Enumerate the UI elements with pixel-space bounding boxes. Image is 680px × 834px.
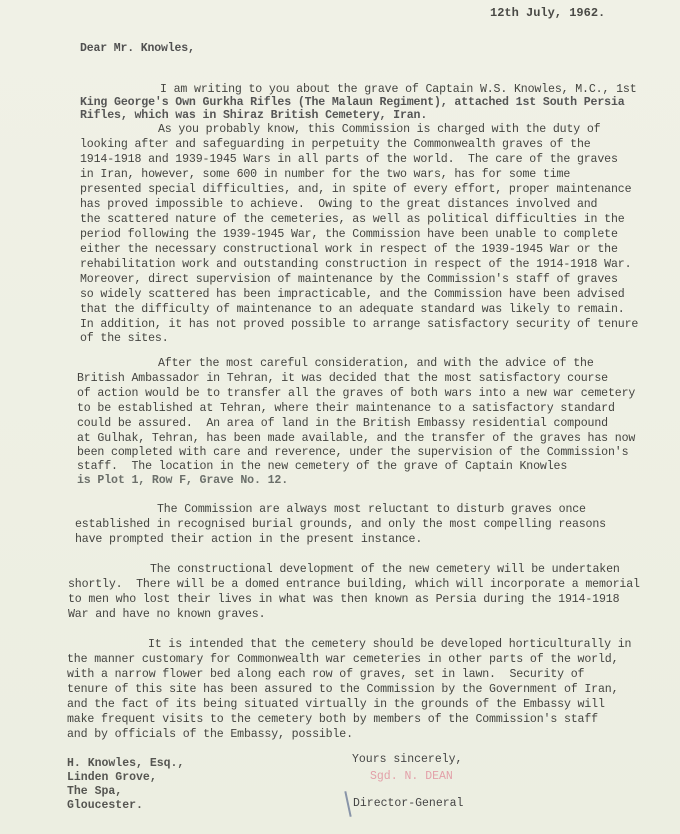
text-line: Moreover, direct supervision of maintena… (80, 272, 618, 287)
text-line: the manner customary for Commonwealth wa… (67, 652, 618, 667)
text-line: has proved impossible to achieve. Owing … (80, 197, 597, 212)
text-line: make frequent visits to the cemetery bot… (67, 712, 598, 727)
text-line: In addition, it has not proved possible … (80, 317, 638, 332)
text-line: period following the 1939-1945 War, the … (80, 227, 618, 242)
text-line: with a narrow flower bed along each row … (67, 667, 584, 682)
text-line: of the sites. (80, 331, 169, 346)
salutation: Dear Mr. Knowles, (80, 41, 195, 56)
text-line: in Iran, however, some 600 in number for… (80, 167, 570, 182)
address-line: The Spa, (67, 784, 122, 799)
text-line: As you probably know, this Commission is… (158, 122, 600, 137)
text-line: staff. The location in the new cemetery … (77, 459, 567, 474)
grave-location: is Plot 1, Row F, Grave No. 12. (77, 473, 288, 488)
text-line: British Ambassador in Tehran, it was dec… (77, 371, 608, 386)
closing: Yours sincerely, (352, 753, 462, 766)
text-line: to be established at Tehran, where their… (77, 401, 615, 416)
text-line: Rifles, which was in Shiraz British Ceme… (80, 108, 427, 123)
text-line: that the difficulty of maintenance to an… (80, 302, 625, 317)
text-line: to men who lost their lives in what was … (68, 592, 619, 607)
text-line: have prompted their action in the presen… (75, 532, 422, 547)
text-line: been completed with care and reverence, … (77, 445, 628, 460)
text-line: 1914-1918 and 1939-1945 Wars in all part… (80, 152, 618, 167)
text-line: The Commission are always most reluctant… (157, 502, 586, 517)
text-line: of action would be to transfer all the g… (77, 386, 635, 401)
text-line: looking after and safeguarding in perpet… (80, 137, 591, 152)
text-line: It is intended that the cemetery should … (148, 637, 631, 652)
text-line: established in recognised burial grounds… (75, 517, 606, 532)
text-line: so widely scattered has been impracticab… (80, 287, 625, 302)
pen-mark (344, 791, 351, 817)
text-line: The constructional development of the ne… (150, 562, 620, 577)
letter-page: 12th July, 1962. Dear Mr. Knowles, I am … (0, 0, 680, 834)
text-line: either the necessary constructional work… (80, 242, 618, 257)
text-line: tenure of this site has been assured to … (67, 682, 618, 697)
text-line: and by officials of the Embassy, possibl… (67, 727, 353, 742)
text-line: and the fact of its being situated virtu… (67, 697, 605, 712)
text-line: War and have no known graves. (68, 607, 265, 622)
signatory-title: Director-General (353, 797, 463, 810)
signature-stamp: Sgd. N. DEAN (370, 770, 453, 783)
address-line: Linden Grove, (67, 770, 157, 785)
address-line: Gloucester. (67, 798, 143, 813)
text-line: rehabilitation work and outstanding cons… (80, 257, 631, 272)
letter-date: 12th July, 1962. (490, 6, 605, 20)
text-line: could be assured. An area of land in the… (77, 416, 608, 431)
text-line: the scattered nature of the cemeteries, … (80, 212, 625, 227)
text-line: presented special difficulties, and, in … (80, 182, 631, 197)
text-line: at Gulhak, Tehran, has been made availab… (77, 431, 635, 446)
text-line: shortly. There will be a domed entrance … (68, 577, 640, 592)
text-line: After the most careful consideration, an… (158, 356, 594, 371)
address-line: H. Knowles, Esq., (67, 756, 184, 771)
